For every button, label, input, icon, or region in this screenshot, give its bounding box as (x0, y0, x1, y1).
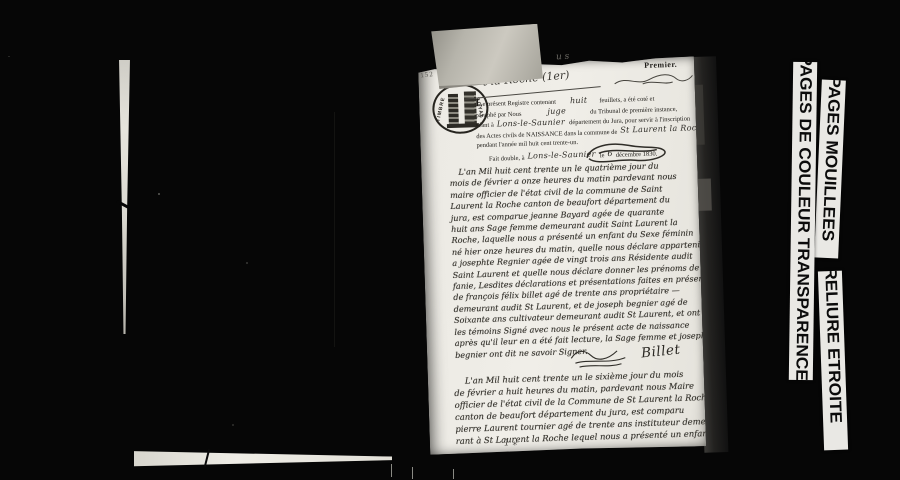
birth-act-1831-feb-6: L'an Mil huit cent trente un le sixième … (454, 367, 704, 447)
dust-speck (8, 56, 10, 57)
dust-speck (158, 193, 160, 195)
dust-speck (232, 424, 234, 426)
facing-page-edge (118, 60, 131, 334)
birth-act-1831-feb-4: L'an Mil huit cent trente un le quatrièm… (449, 159, 697, 360)
stamp-engraving (447, 123, 479, 128)
folio-number: 1 ⁎ (504, 438, 517, 448)
stamp-left-text: TIMBRE (435, 96, 446, 122)
faint-header-script: u s (556, 52, 570, 63)
label-reliure-etroite: RELIURE ETROITE (818, 271, 848, 451)
printed-text: pendant l'année mil huit cent trente-un. (476, 139, 578, 149)
label-text: PAGES MOUILLEES (817, 80, 843, 242)
stamp-engraving (448, 94, 459, 124)
handwritten-fill-in: Lons-le-Saunier (497, 117, 566, 128)
ink-flourish (612, 69, 695, 90)
register-page: 152 TIMBRE ROYAL t la Roche (1er) Premie… (418, 56, 706, 454)
label-pages-mouillees: PAGES MOUILLEES (814, 80, 846, 259)
label-text: PAGES DE COULEUR TRANSPARENCE (791, 62, 815, 380)
paper-bookmark-tab (428, 24, 544, 90)
label-pages-de-couleur-transparence: PAGES DE COULEUR TRANSPARENCE (789, 62, 817, 380)
bottom-page-edge (134, 449, 392, 467)
handwritten-fill-in: juge (547, 106, 566, 116)
spacing-gap (566, 113, 590, 114)
dust-speck (246, 262, 248, 264)
premier-label: Premier. (644, 60, 677, 70)
printed-text: Fait double, à (489, 155, 525, 163)
page-edge-tick (453, 469, 454, 479)
printed-text: Le présent Registre contenant (475, 99, 556, 109)
mayor-signature-scribble (567, 344, 632, 370)
label-text: RELIURE ETROITE (820, 271, 844, 424)
printed-text: feuillets, a été coté et (599, 96, 654, 105)
witness-signature-billet: Billet (640, 342, 681, 362)
handwritten-fill-in: St Laurent la Roche (620, 123, 707, 135)
page-edge-tick (391, 464, 392, 477)
page-edge-tick (412, 467, 413, 479)
page-edge-highlight (698, 178, 712, 210)
spacing-gap (521, 115, 547, 116)
microfilm-photo-frame: 152 TIMBRE ROYAL t la Roche (1er) Premie… (0, 0, 900, 480)
printed-text: paraphé par Nous (475, 110, 521, 118)
handwritten-fill-in: huit (570, 95, 588, 105)
printed-text: séant à (476, 122, 494, 130)
book-gutter-shadow (334, 112, 335, 347)
corner-number: 152 (420, 70, 434, 79)
